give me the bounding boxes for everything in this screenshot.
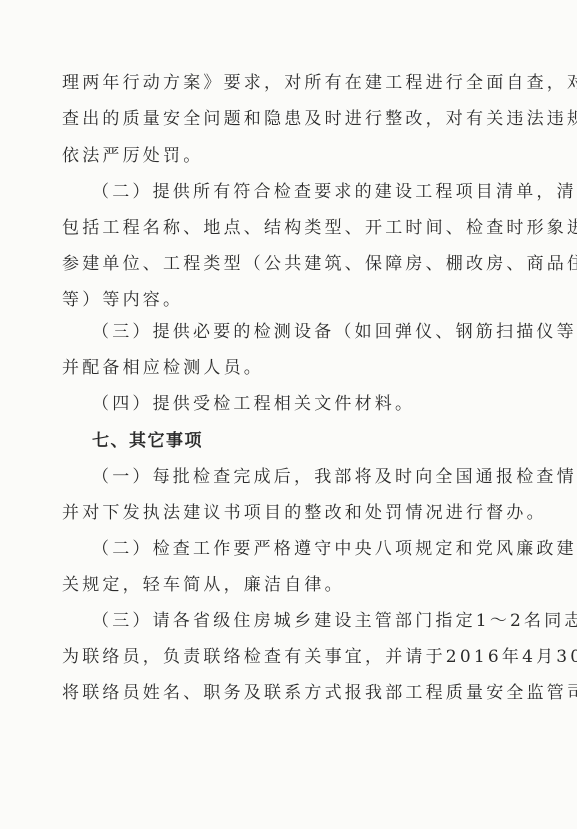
- paragraph-line: 并配备相应检测人员。: [62, 357, 264, 379]
- paragraph-line: 关规定，轻车简从，廉洁自律。: [62, 574, 345, 596]
- paragraph-line: 并对下发执法建议书项目的整改和处罚情况进行督办。: [62, 502, 547, 524]
- paragraph-line: 将联络员姓名、职务及联系方式报我部工程质量安全监管司。: [62, 682, 577, 704]
- paragraph-line: （二）提供所有符合检查要求的建设工程项目清单，清单应: [92, 181, 577, 203]
- paragraph-line: 包括工程名称、地点、结构类型、开工时间、检查时形象进度、: [62, 217, 577, 239]
- document-page: 理两年行动方案》要求，对所有在建工程进行全面自查，对检 查出的质量安全问题和隐患…: [0, 0, 577, 829]
- paragraph-line: 参建单位、工程类型（公共建筑、保障房、棚改房、商品住宅: [62, 253, 577, 275]
- paragraph-line: 等）等内容。: [62, 289, 183, 311]
- paragraph-line: （三）请各省级住房城乡建设主管部门指定1～2名同志作: [92, 610, 577, 632]
- paragraph-line: 为联络员，负责联络检查有关事宜，并请于2016年4月30日前: [62, 646, 577, 668]
- paragraph-line: 依法严厉处罚。: [62, 145, 203, 167]
- paragraph-line: 查出的质量安全问题和隐患及时进行整改，对有关违法违规行为: [62, 108, 577, 130]
- paragraph-line: （四）提供受检工程相关文件材料。: [92, 393, 415, 415]
- paragraph-line: 理两年行动方案》要求，对所有在建工程进行全面自查，对检: [62, 72, 577, 94]
- paragraph-line: （三）提供必要的检测设备（如回弹仪、钢筋扫描仪等），: [92, 321, 577, 343]
- section-heading: 七、其它事项: [92, 430, 203, 452]
- paragraph-line: （二）检查工作要严格遵守中央八项规定和党风廉政建设有: [92, 538, 577, 560]
- paragraph-line: （一）每批检查完成后，我部将及时向全国通报检查情况，: [92, 466, 577, 488]
